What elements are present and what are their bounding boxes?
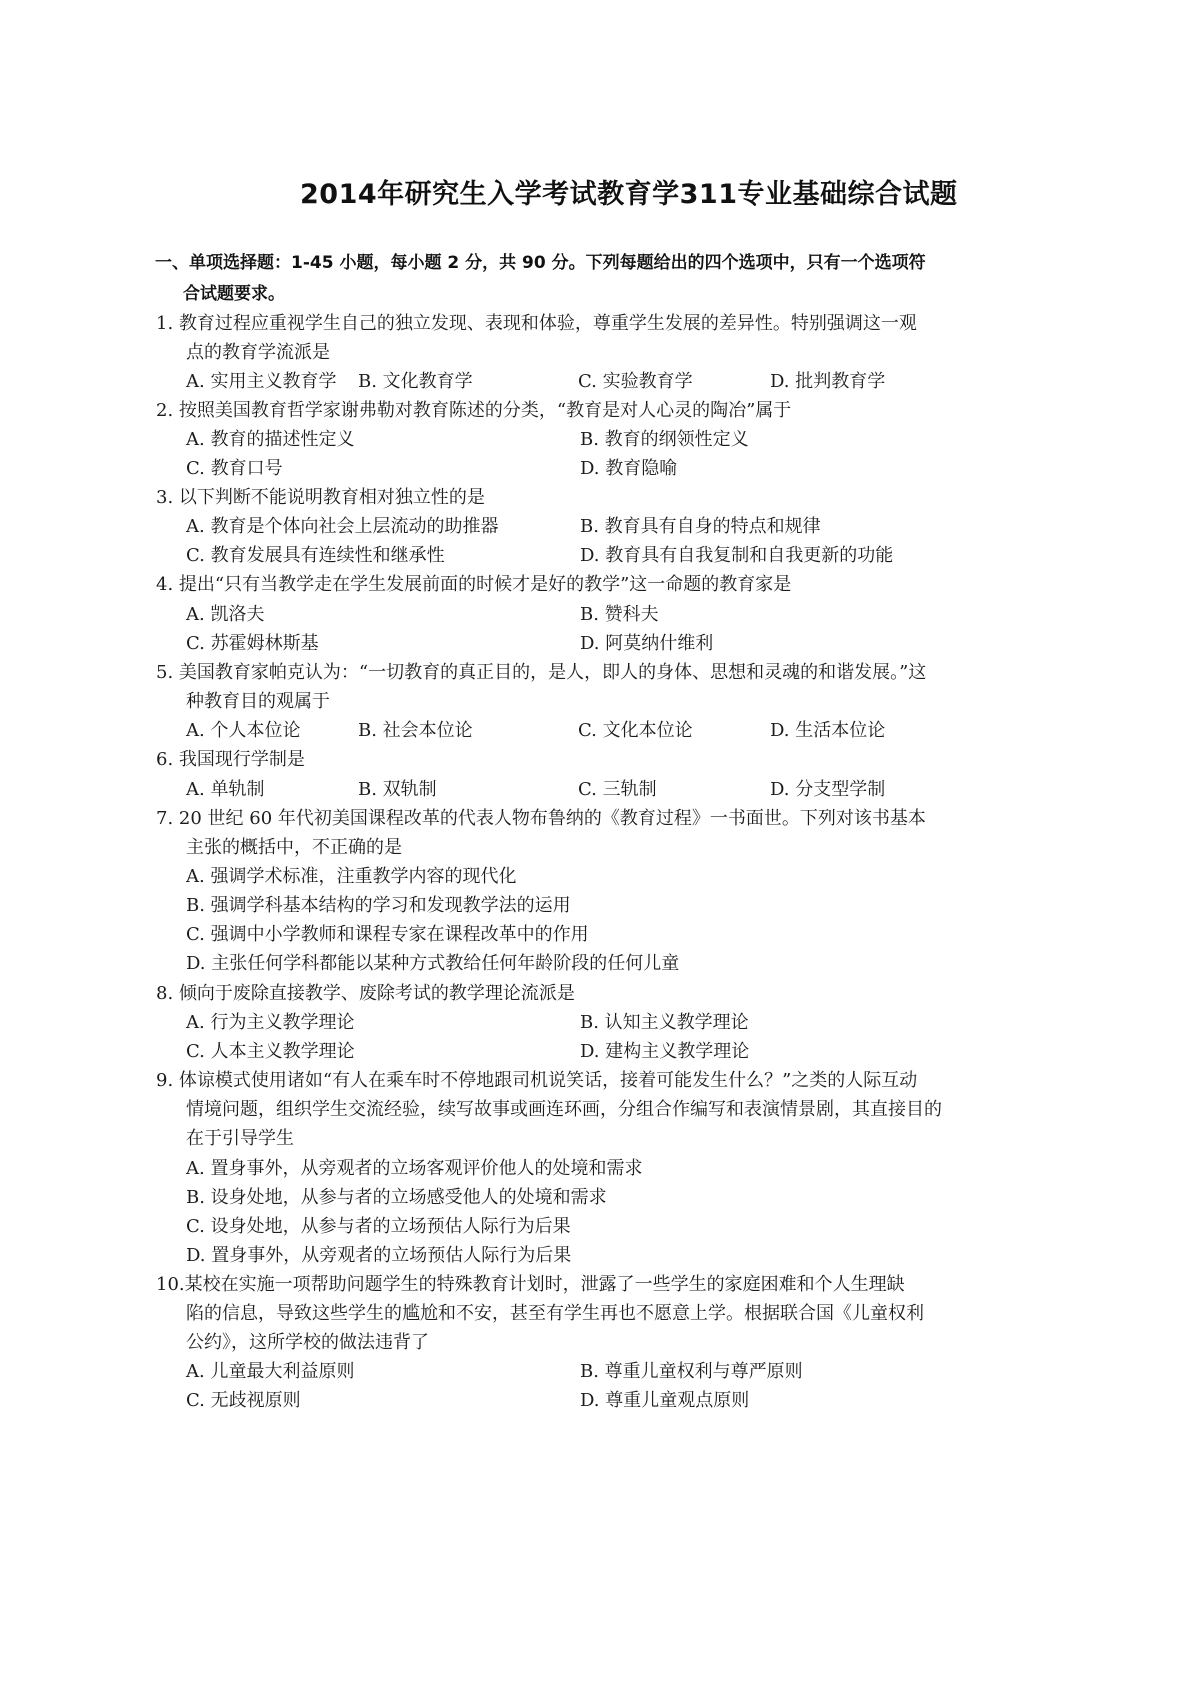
question-10-stem-cont-1: 陷的信息，导致这些学生的尴尬和不安，甚至有学生再也不愿意上学。根据联合国《儿童权… (186, 1302, 924, 1326)
question-9-stem-cont-2: 在于引导学生 (186, 1127, 294, 1151)
question-6-option-b[interactable]: B. 双轨制 (358, 778, 437, 802)
question-4-option-a[interactable]: A. 凯洛夫 (186, 603, 264, 627)
question-10-stem-cont-2: 公约》，这所学校的做法违背了 (186, 1331, 429, 1355)
section-instructions: 一、单项选择题：1-45 小题，每小题 2 分，共 90 分。下列每题给出的四个… (155, 248, 1035, 310)
question-5-stem: 5. 美国教育家帕克认为：“一切教育的真正目的，是人，即人的身体、思想和灵魂的和… (156, 661, 926, 685)
section-instructions-line2: 合试题要求。 (155, 279, 1035, 310)
question-6-option-a[interactable]: A. 单轨制 (186, 778, 264, 802)
question-4-stem: 4. 提出“只有当教学走在学生发展前面的时候才是好的教学”这一命题的教育家是 (156, 573, 791, 597)
question-2-option-d[interactable]: D. 教育隐喻 (580, 457, 677, 481)
question-1-stem: 1. 教育过程应重视学生自己的独立发现、表现和体验，尊重学生发展的差异性。特别强… (156, 312, 917, 336)
question-1-stem-cont: 点的教育学流派是 (186, 341, 330, 365)
question-2-option-a[interactable]: A. 教育的描述性定义 (186, 428, 354, 452)
question-1-option-d[interactable]: D. 批判教育学 (770, 370, 885, 394)
question-5-option-a[interactable]: A. 个人本位论 (186, 719, 300, 743)
question-5-option-d[interactable]: D. 生活本位论 (770, 719, 885, 743)
question-10-option-d[interactable]: D. 尊重儿童观点原则 (580, 1389, 749, 1413)
question-9-option-a[interactable]: A. 置身事外，从旁观者的立场客观评价他人的处境和需求 (186, 1157, 642, 1181)
question-8-option-d[interactable]: D. 建构主义教学理论 (580, 1040, 749, 1064)
question-9-option-d[interactable]: D. 置身事外，从旁观者的立场预估人际行为后果 (186, 1244, 571, 1268)
question-1-option-c[interactable]: C. 实验教育学 (578, 370, 693, 394)
question-6-stem: 6. 我国现行学制是 (156, 748, 305, 772)
question-7-option-d[interactable]: D. 主张任何学科都能以某种方式教给任何年龄阶段的任何儿童 (186, 952, 679, 976)
question-4-option-b[interactable]: B. 赞科夫 (580, 603, 659, 627)
question-5-option-c[interactable]: C. 文化本位论 (578, 719, 693, 743)
question-7-option-c[interactable]: C. 强调中小学教师和课程专家在课程改革中的作用 (186, 923, 589, 947)
question-3-option-b[interactable]: B. 教育具有自身的特点和规律 (580, 515, 821, 539)
question-7-stem-cont: 主张的概括中，不正确的是 (186, 836, 402, 860)
page-title: 2014年研究生入学考试教育学311专业基础综合试题 (300, 172, 1000, 211)
question-3-option-c[interactable]: C. 教育发展具有连续性和继承性 (186, 544, 445, 568)
question-3-option-a[interactable]: A. 教育是个体向社会上层流动的助推器 (186, 515, 498, 539)
question-1-option-a[interactable]: A. 实用主义教育学 (186, 370, 336, 394)
question-4-option-d[interactable]: D. 阿莫纳什维利 (580, 632, 713, 656)
question-8-option-b[interactable]: B. 认知主义教学理论 (580, 1011, 749, 1035)
question-10-option-c[interactable]: C. 无歧视原则 (186, 1389, 301, 1413)
question-9-stem: 9. 体谅模式使用诸如“有人在乘车时不停地跟司机说笑话，接着可能发生什么？”之类… (156, 1069, 917, 1093)
question-10-stem: 10.某校在实施一项帮助问题学生的特殊教育计划时，泄露了一些学生的家庭困难和个人… (156, 1273, 905, 1297)
question-2-stem: 2. 按照美国教育哲学家谢弗勒对教育陈述的分类，“教育是对人心灵的陶冶”属于 (156, 399, 791, 423)
question-5-stem-cont: 种教育目的观属于 (186, 690, 330, 714)
question-5-option-b[interactable]: B. 社会本位论 (358, 719, 473, 743)
question-8-option-a[interactable]: A. 行为主义教学理论 (186, 1011, 354, 1035)
question-3-option-d[interactable]: D. 教育具有自我复制和自我更新的功能 (580, 544, 893, 568)
question-7-stem: 7. 20 世纪 60 年代初美国课程改革的代表人物布鲁纳的《教育过程》一书面世… (156, 807, 926, 831)
question-7-option-a[interactable]: A. 强调学术标准，注重教学内容的现代化 (186, 865, 516, 889)
question-9-option-c[interactable]: C. 设身处地，从参与者的立场预估人际行为后果 (186, 1215, 571, 1239)
section-instructions-line1: 一、单项选择题：1-45 小题，每小题 2 分，共 90 分。下列每题给出的四个… (155, 253, 926, 273)
question-6-option-d[interactable]: D. 分支型学制 (770, 778, 885, 802)
question-10-option-b[interactable]: B. 尊重儿童权利与尊严原则 (580, 1360, 803, 1384)
question-3-stem: 3. 以下判断不能说明教育相对独立性的是 (156, 486, 485, 510)
question-1-option-b[interactable]: B. 文化教育学 (358, 370, 473, 394)
question-8-option-c[interactable]: C. 人本主义教学理论 (186, 1040, 355, 1064)
question-8-stem: 8. 倾向于废除直接教学、废除考试的教学理论流派是 (156, 982, 575, 1006)
question-6-option-c[interactable]: C. 三轨制 (578, 778, 657, 802)
question-9-option-b[interactable]: B. 设身处地，从参与者的立场感受他人的处境和需求 (186, 1186, 607, 1210)
question-9-stem-cont-1: 情境问题，组织学生交流经验，续写故事或画连环画，分组合作编写和表演情景剧，其直接… (186, 1098, 942, 1122)
question-10-option-a[interactable]: A. 儿童最大利益原则 (186, 1360, 354, 1384)
question-4-option-c[interactable]: C. 苏霍姆林斯基 (186, 632, 319, 656)
exam-page: 2014年研究生入学考试教育学311专业基础综合试题 一、单项选择题：1-45 … (0, 0, 1190, 1683)
question-2-option-c[interactable]: C. 教育口号 (186, 457, 283, 481)
question-7-option-b[interactable]: B. 强调学科基本结构的学习和发现教学法的运用 (186, 894, 571, 918)
question-2-option-b[interactable]: B. 教育的纲领性定义 (580, 428, 749, 452)
